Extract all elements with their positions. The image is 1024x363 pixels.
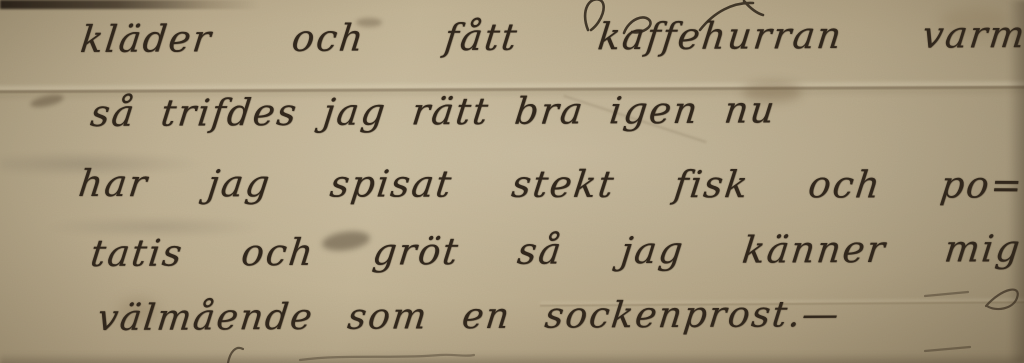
letter-photograph: kläder och fått kaffehurran varm så trif… bbox=[0, 0, 1024, 363]
paper-grain-texture bbox=[0, 0, 1024, 363]
